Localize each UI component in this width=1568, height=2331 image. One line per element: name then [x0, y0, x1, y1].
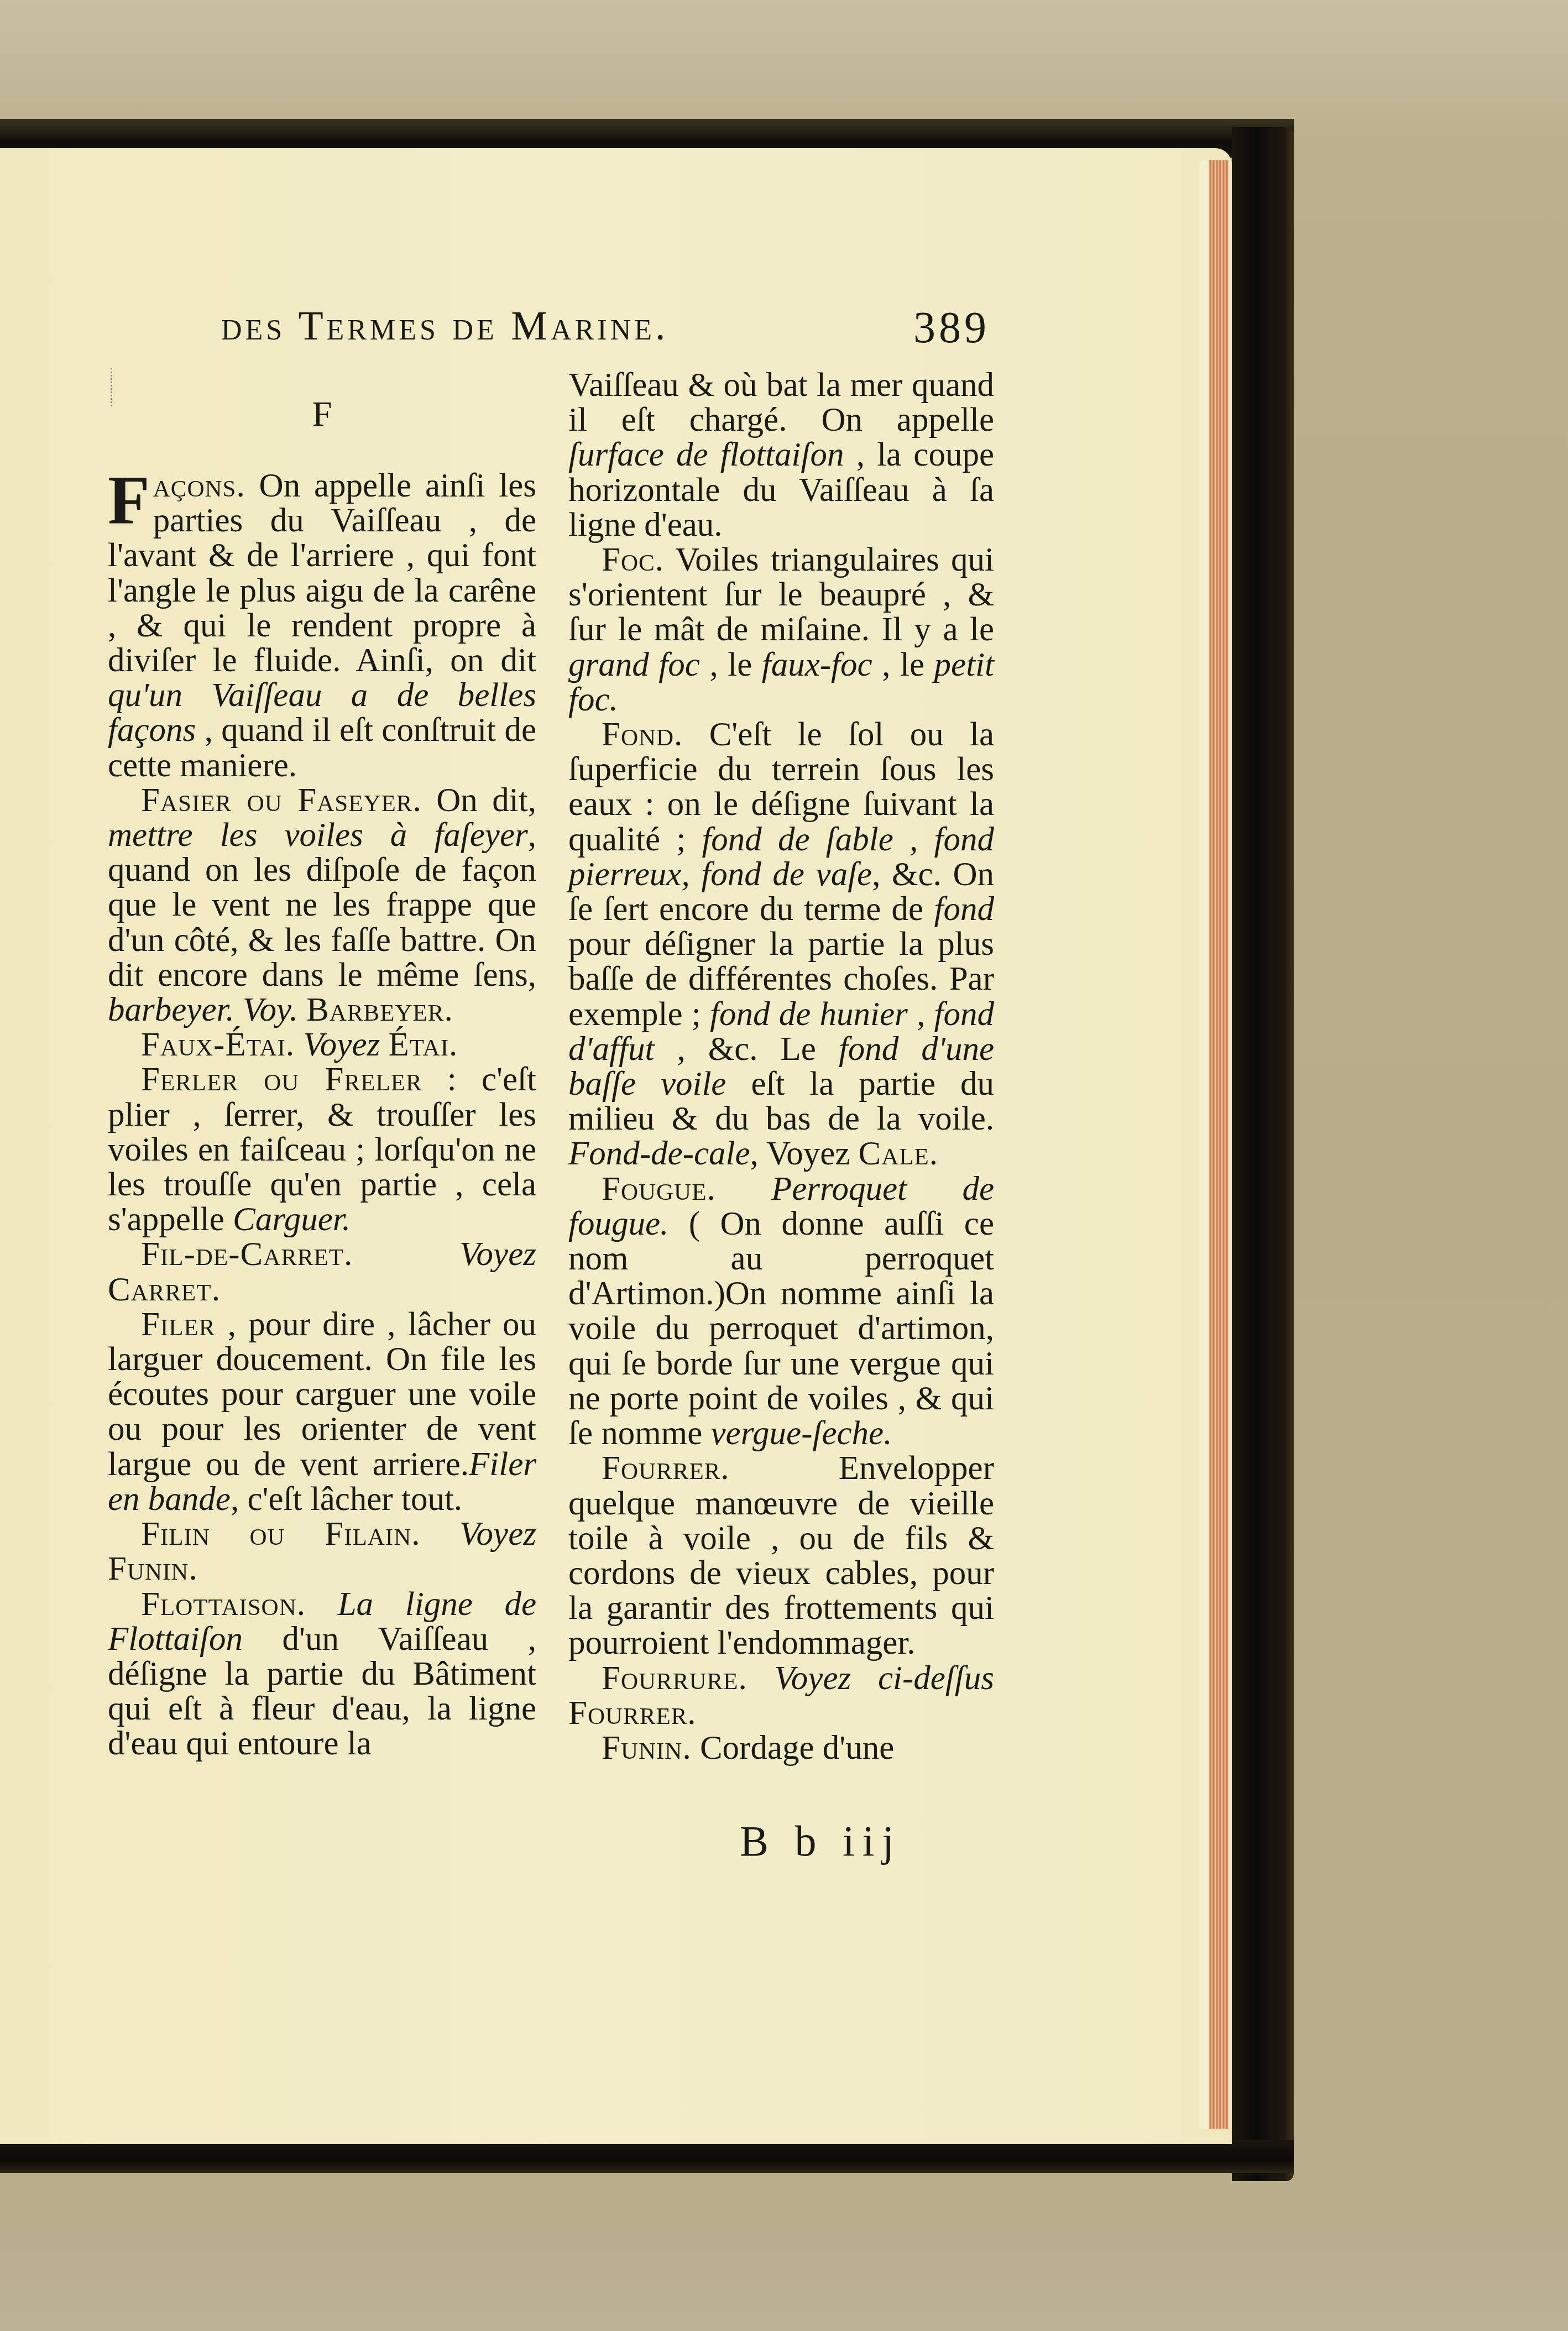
headword: Foc. [602, 541, 664, 578]
left-column: F Façons. On appelle ainſi les parties d… [108, 368, 536, 1762]
running-head-title: des Termes de Marine. [221, 303, 668, 350]
entry-fourrure: Fourrure. Voyez ci-deſſus Fourrer. [568, 1661, 994, 1731]
entry-filer: Filer , pour dire , lâcher ou larguer do… [108, 1307, 536, 1517]
entry-faux-etai: Faux-Étai. Voyez Étai. [108, 1027, 536, 1062]
section-letter: F [108, 396, 536, 435]
headword: Fil-de-Carret. [141, 1236, 353, 1273]
headword: Filer [141, 1306, 215, 1343]
headword: Fougue. [602, 1170, 716, 1208]
page-number: 389 [913, 303, 990, 353]
cross-reference: Barbeyer. [306, 991, 453, 1028]
headword: Filin ou Filain. [141, 1515, 420, 1553]
headword: Flottaison. [141, 1586, 306, 1623]
headword: Fond. [602, 716, 683, 753]
headword: Fasier ou Faseyer. [141, 782, 422, 819]
running-head: des Termes de Marine. 389 [221, 303, 1006, 364]
right-column: Vaiſſeau & où bat la mer quand il eſt ch… [568, 368, 994, 1765]
headword: Fourrure. [602, 1660, 748, 1697]
entry-ferler: Ferler ou Freler : c'eſt plier , ſerrer,… [108, 1062, 536, 1237]
headword: Faux-Étai. [141, 1026, 295, 1063]
entry-foc: Foc. Voiles triangulaires qui s'orienten… [568, 542, 994, 717]
headword: Funin. [602, 1729, 692, 1766]
entry-funin: Funin. Cordage d'une [568, 1731, 994, 1765]
drop-cap: F [108, 473, 150, 528]
book-cover-bottom-edge [0, 2140, 1294, 2173]
entry-flottaison: Flottaison. La ligne de Flottaiſon d'un … [108, 1587, 536, 1762]
red-sprinkled-page-edge [1209, 160, 1229, 2129]
cross-reference: Cale. [859, 1135, 939, 1172]
entry-fil-de-carret: Fil-de-Carret. Voyez Carret. [108, 1237, 536, 1306]
entry-facons: Façons. On appelle ainſi les parties du … [108, 468, 536, 783]
entry-fond: Fond. C'eſt le ſol ou la ſuperficie du t… [568, 717, 994, 1172]
cross-reference: Fourrer. [568, 1695, 697, 1732]
cross-reference: Funin. [108, 1550, 198, 1587]
entry-fasier: Fasier ou Faseyer. On dit, mettre les vo… [108, 783, 536, 1027]
signature-mark: B b iij [740, 1816, 902, 1866]
cross-reference: Carret. [108, 1271, 221, 1308]
entry-flottaison-continued: Vaiſſeau & où bat la mer quand il eſt ch… [568, 368, 994, 542]
headword: Fourrer. [602, 1450, 730, 1487]
page-edge-highlight [1200, 160, 1209, 2129]
cross-reference: Étai. [389, 1026, 458, 1063]
headword: açons. [153, 467, 245, 504]
book-cover-spine-edge [1232, 127, 1294, 2181]
entry-fougue: Fougue. Perroquet de fougue. ( On donne … [568, 1172, 994, 1451]
entry-fourrer: Fourrer. Envelopper quelque manœuvre de … [568, 1451, 994, 1660]
headword: Ferler ou Freler [141, 1061, 422, 1098]
entry-filin: Filin ou Filain. Voyez Funin. [108, 1517, 536, 1586]
